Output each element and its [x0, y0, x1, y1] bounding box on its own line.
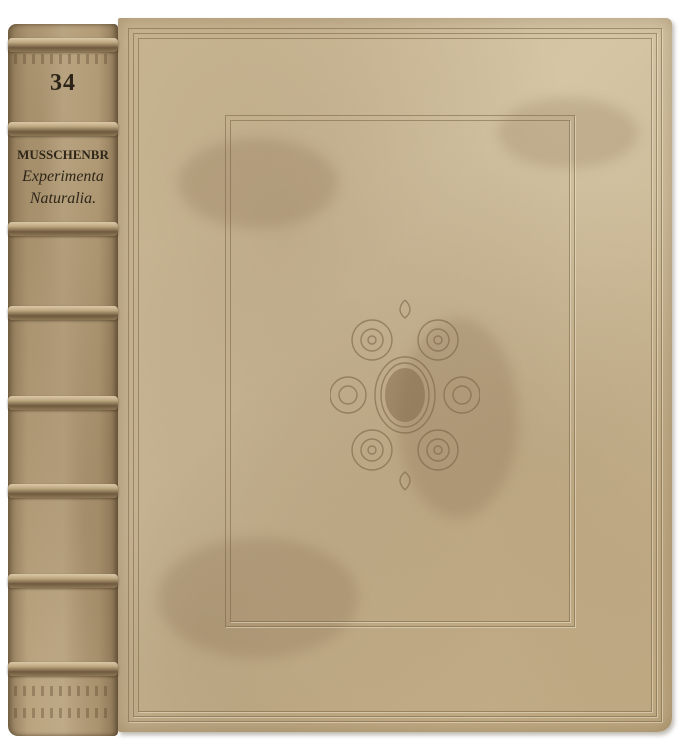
spine-band: [8, 38, 118, 52]
spine-title-line-3: Naturalia.: [12, 188, 114, 210]
book-photo: 34 MUSSCHENBR Experimenta Naturalia.: [0, 0, 683, 750]
book-spine: 34 MUSSCHENBR Experimenta Naturalia.: [8, 24, 118, 736]
spine-title-label: MUSSCHENBR Experimenta Naturalia.: [12, 144, 114, 230]
spine-band: [8, 122, 118, 136]
spine-band: [8, 484, 118, 498]
front-cover: [118, 18, 672, 732]
central-ornament-icon: [330, 290, 480, 500]
spine-band: [8, 396, 118, 410]
spine-band: [8, 574, 118, 588]
spine-band: [8, 306, 118, 320]
spine-band: [8, 662, 118, 676]
shelf-number: 34: [8, 70, 118, 97]
spine-title-line-2: Experimenta: [12, 166, 114, 188]
spine-band: [8, 222, 118, 236]
spine-title-author: MUSSCHENBR: [12, 144, 114, 166]
